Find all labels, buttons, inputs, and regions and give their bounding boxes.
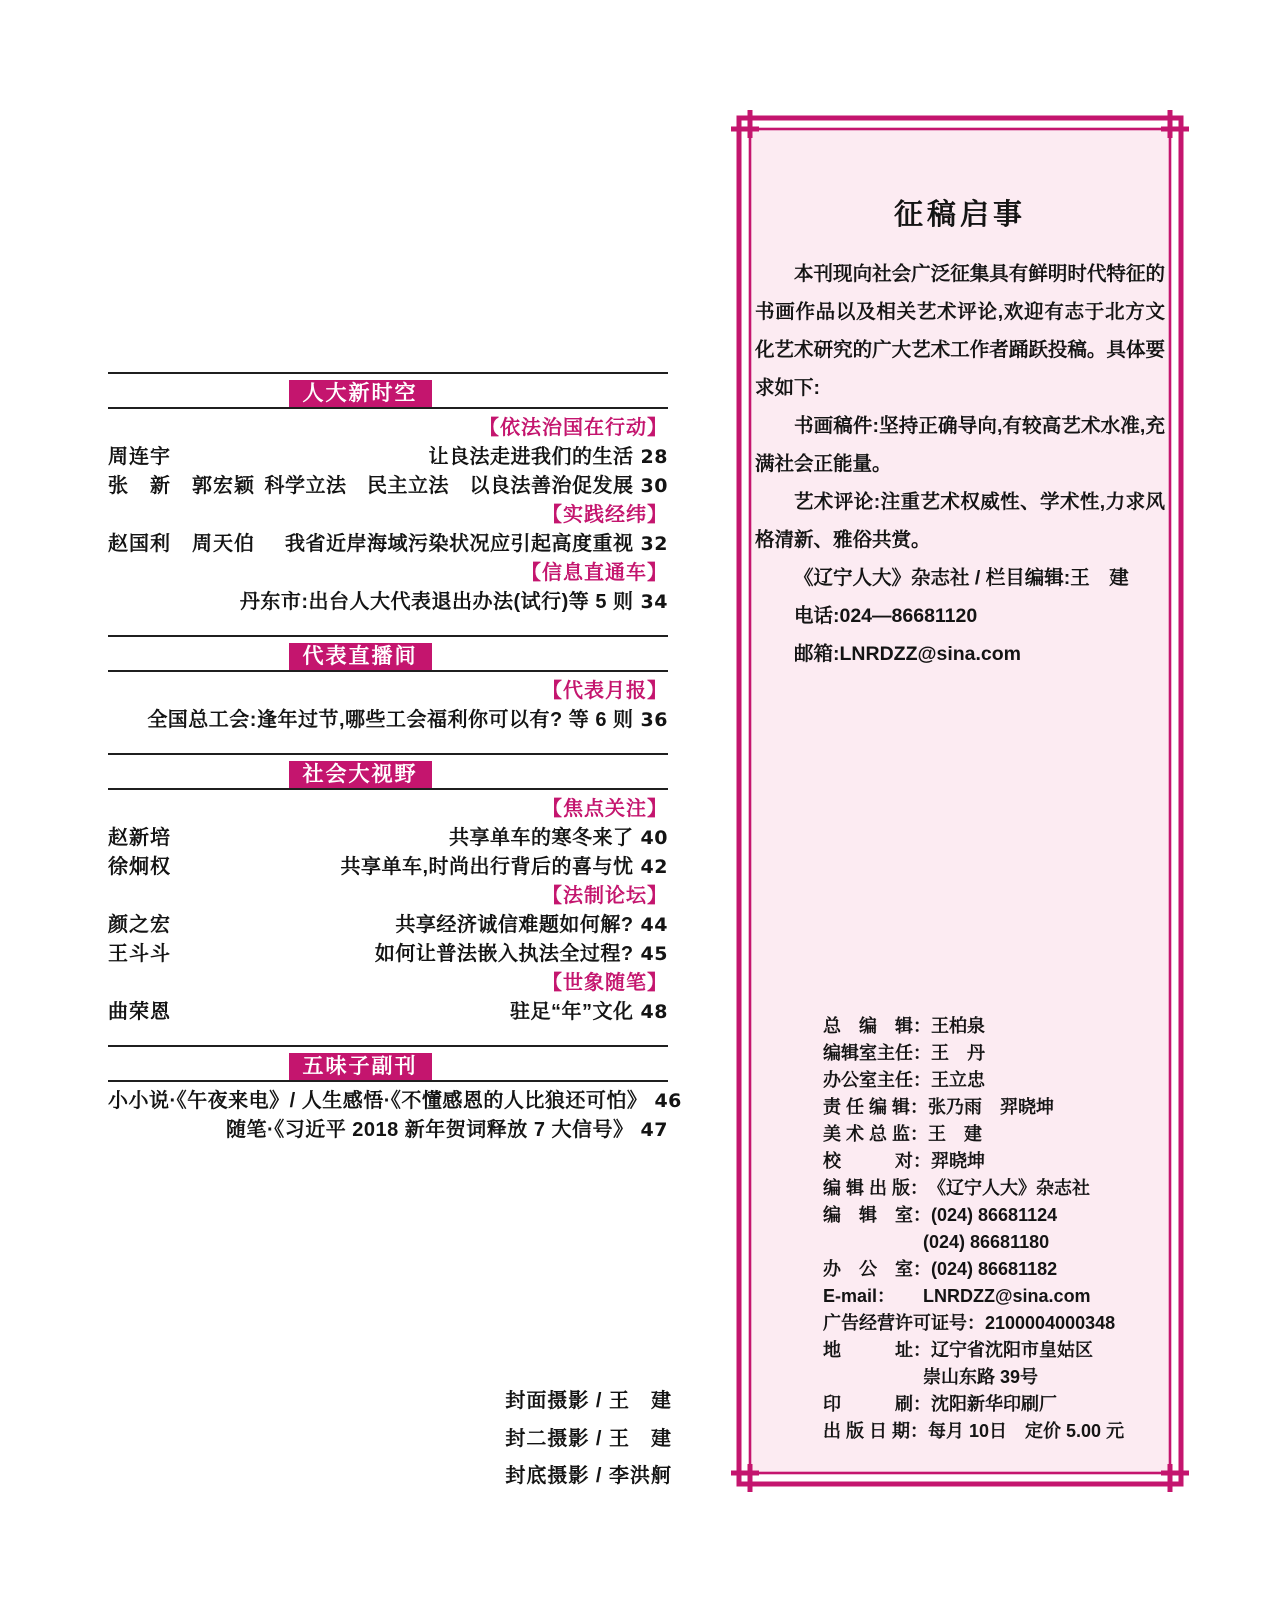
toc-item-author: 赵新培 — [108, 824, 171, 853]
toc-item-page-number: 45 — [641, 940, 668, 969]
toc-item: 颜之宏 共享经济诚信难题如何解? 44 — [108, 911, 668, 940]
notice-paragraph: 书画稿件:坚持正确导向,有较高艺术水准,充满社会正能量。 — [755, 407, 1165, 483]
colophon-row: 办 公 室：(024) 86681182 — [823, 1256, 1169, 1283]
colophon-label: 总 编 辑： — [823, 1013, 931, 1040]
colophon-label: 编 辑 室： — [823, 1202, 931, 1229]
colophon-value: 辽宁省沈阳市皇姑区 — [931, 1337, 1093, 1364]
toc-item-page-number: 47 — [641, 1116, 668, 1145]
colophon-label: 出 版 日 期： — [823, 1418, 928, 1445]
toc-item-title: 驻足“年”文化 — [510, 998, 634, 1027]
toc-item-title: 让良法走进我们的生活 — [429, 443, 634, 472]
toc-item: 周连宇 让良法走进我们的生活 28 — [108, 443, 668, 472]
colophon-value: (024) 86681180 — [923, 1229, 1049, 1256]
toc-item-author: 张 新 郭宏颖 — [108, 472, 255, 501]
colophon-row: 印 刷：沈阳新华印刷厂 — [823, 1391, 1169, 1418]
colophon-value: 张乃雨 羿晓坤 — [928, 1094, 1054, 1121]
section-header: 代表直播间 — [108, 635, 668, 672]
section-header: 社会大视野 — [108, 753, 668, 790]
colophon-row: 责 任 编 辑：张乃雨 羿晓坤 — [823, 1094, 1169, 1121]
section-title-bar: 代表直播间 — [289, 643, 432, 670]
section-body: 小小说·《午夜来电》/ 人生感悟·《不懂感恩的人比狼还可怕》 46 随笔·《习近… — [108, 1082, 668, 1145]
photo-credits: 封面摄影 / 王 建 封二摄影 / 王 建 封底摄影 / 李洪舸 — [108, 1383, 672, 1496]
colophon-label: 办公室主任： — [823, 1067, 931, 1094]
email-line: 邮箱:LNRDZZ@sina.com — [794, 635, 1165, 673]
colophon-label: 编辑室主任： — [823, 1040, 931, 1067]
magazine-contents-page: 人大新时空 【依法治国在行动】 周连宇 让良法走进我们的生活 28 张 新 郭宏… — [0, 0, 1263, 1600]
toc-item: 赵新培 共享单车的寒冬来了 40 — [108, 824, 668, 853]
colophon-row: 广告经营许可证号：2100004000348 — [823, 1310, 1169, 1337]
toc-item-page-number: 44 — [641, 911, 668, 940]
colophon-row: 编辑室主任：王 丹 — [823, 1040, 1169, 1067]
toc-item-page-number: 48 — [641, 998, 668, 1027]
toc-item: 张 新 郭宏颖 科学立法 民主立法 以良法善治促发展 30 — [108, 472, 668, 501]
toc-item-title: 科学立法 民主立法 以良法善治促发展 — [265, 472, 634, 501]
colophon-label: 责 任 编 辑： — [823, 1094, 928, 1121]
toc-category: 【焦点关注】 — [108, 795, 668, 824]
toc-item-author: 徐炯权 — [108, 853, 171, 882]
colophon-row: 出 版 日 期：每月 10日 定价 5.00 元 — [823, 1418, 1169, 1445]
toc-category: 【依法治国在行动】 — [108, 414, 668, 443]
toc-item-page-number: 32 — [641, 530, 668, 559]
phone-line: 电话:024—86681120 — [794, 597, 1165, 635]
toc-item-author: 周连宇 — [108, 443, 171, 472]
colophon-row: (024) 86681180 — [823, 1229, 1169, 1256]
section-title-bar: 人大新时空 — [289, 380, 432, 407]
colophon-label: 美 术 总 监： — [823, 1121, 928, 1148]
table-of-contents: 人大新时空 【依法治国在行动】 周连宇 让良法走进我们的生活 28 张 新 郭宏… — [108, 372, 668, 1163]
colophon-value: 每月 10日 定价 5.00 元 — [928, 1418, 1124, 1445]
colophon-row: 崇山东路 39号 — [823, 1364, 1169, 1391]
colophon-label: 广告经营许可证号： — [823, 1310, 985, 1337]
toc-category: 【法制论坛】 — [108, 882, 668, 911]
notice-title: 征稿启事 — [755, 192, 1165, 233]
toc-section-daibiaozhiboyjian: 代表直播间 【代表月报】 全国总工会:逢年过节,哪些工会福利你可以有? 等 6 … — [108, 635, 668, 735]
colophon-value: (024) 86681124 — [931, 1202, 1057, 1229]
colophon-value: 《辽宁人大》杂志社 — [928, 1175, 1090, 1202]
toc-item-title: 共享经济诚信难题如何解? — [395, 911, 633, 940]
toc-item-page-number: 30 — [641, 472, 668, 501]
colophon-value: 王 建 — [928, 1121, 982, 1148]
toc-item-page-number: 34 — [641, 588, 668, 617]
toc-item-author: 曲荣恩 — [108, 998, 171, 1027]
toc-item-page-number: 46 — [654, 1087, 681, 1116]
inside-cover-photo-credit: 封二摄影 / 王 建 — [108, 1421, 672, 1459]
toc-item-author: 王斗斗 — [108, 940, 171, 969]
colophon-value: 崇山东路 39号 — [923, 1364, 1038, 1391]
colophon-row: 编 辑 室：(024) 86681124 — [823, 1202, 1169, 1229]
colophon-value: 王 丹 — [931, 1040, 985, 1067]
toc-item: 随笔·《习近平 2018 新年贺词释放 7 大信号》 47 — [108, 1116, 668, 1145]
toc-item-title: 我省近岸海域污染状况应引起高度重视 — [285, 530, 634, 559]
colophon-row: 地 址：辽宁省沈阳市皇姑区 — [823, 1337, 1169, 1364]
colophon-value: (024) 86681182 — [931, 1256, 1057, 1283]
colophon-row: 美 术 总 监：王 建 — [823, 1121, 1169, 1148]
notice-paragraph: 艺术评论:注重艺术权威性、学术性,力求风格清新、雅俗共赏。 — [755, 483, 1165, 559]
toc-category: 【信息直通车】 — [108, 559, 668, 588]
colophon-value: LNRDZZ@sina.com — [923, 1283, 1091, 1310]
toc-section-rendashixinkong: 人大新时空 【依法治国在行动】 周连宇 让良法走进我们的生活 28 张 新 郭宏… — [108, 372, 668, 617]
toc-item-page-number: 36 — [641, 706, 668, 735]
toc-item-title: 共享单车,时尚出行背后的喜与忧 — [340, 853, 633, 882]
colophon-row: E-mail：LNRDZZ@sina.com — [823, 1283, 1169, 1310]
colophon-value: 沈阳新华印刷厂 — [931, 1391, 1057, 1418]
notice-contact-lines: 《辽宁人大》杂志社 / 栏目编辑:王 建 电话:024—86681120 邮箱:… — [794, 559, 1165, 673]
editor-line: 《辽宁人大》杂志社 / 栏目编辑:王 建 — [794, 559, 1165, 597]
section-header: 五味子副刊 — [108, 1045, 668, 1082]
toc-item-page-number: 28 — [641, 443, 668, 472]
toc-category: 【代表月报】 — [108, 677, 668, 706]
section-header: 人大新时空 — [108, 372, 668, 409]
section-title-bar: 社会大视野 — [289, 761, 432, 788]
cover-photo-credit: 封面摄影 / 王 建 — [108, 1383, 672, 1421]
colophon-label: 编 辑 出 版： — [823, 1175, 928, 1202]
toc-item-page-number: 42 — [641, 853, 668, 882]
toc-item: 小小说·《午夜来电》/ 人生感悟·《不懂感恩的人比狼还可怕》 46 — [108, 1087, 668, 1116]
notice-content: 征稿启事 本刊现向社会广泛征集具有鲜明时代特征的书画作品以及相关艺术评论,欢迎有… — [755, 108, 1165, 673]
notice-panel: 征稿启事 本刊现向社会广泛征集具有鲜明时代特征的书画作品以及相关艺术评论,欢迎有… — [729, 108, 1191, 1494]
notice-body: 本刊现向社会广泛征集具有鲜明时代特征的书画作品以及相关艺术评论,欢迎有志于北方文… — [755, 255, 1165, 559]
colophon-label: 校 对： — [823, 1148, 931, 1175]
section-title-bar: 五味子副刊 — [289, 1053, 432, 1080]
toc-item: 赵国利 周天伯 我省近岸海域污染状况应引起高度重视 32 — [108, 530, 668, 559]
toc-category: 【世象随笔】 — [108, 969, 668, 998]
toc-item-title: 共享单车的寒冬来了 — [449, 824, 634, 853]
back-cover-photo-credit: 封底摄影 / 李洪舸 — [108, 1458, 672, 1496]
section-body: 【焦点关注】 赵新培 共享单车的寒冬来了 40 徐炯权 共享单车,时尚出行背后的… — [108, 790, 668, 1027]
toc-section-shehuidashiye: 社会大视野 【焦点关注】 赵新培 共享单车的寒冬来了 40 徐炯权 共享单车,时… — [108, 753, 668, 1027]
colophon-value: 王柏泉 — [931, 1013, 985, 1040]
colophon-label: 办 公 室： — [823, 1256, 931, 1283]
colophon-label: 印 刷： — [823, 1391, 931, 1418]
colophon-label: 地 址： — [823, 1337, 931, 1364]
toc-item-page-number: 40 — [641, 824, 668, 853]
colophon-row: 总 编 辑：王柏泉 — [823, 1013, 1169, 1040]
colophon-label: E-mail： — [823, 1283, 923, 1310]
toc-item: 全国总工会:逢年过节,哪些工会福利你可以有? 等 6 则 36 — [108, 706, 668, 735]
toc-item: 徐炯权 共享单车,时尚出行背后的喜与忧 42 — [108, 853, 668, 882]
colophon-value: 羿晓坤 — [931, 1148, 985, 1175]
toc-item: 王斗斗 如何让普法嵌入执法全过程? 45 — [108, 940, 668, 969]
section-body: 【代表月报】 全国总工会:逢年过节,哪些工会福利你可以有? 等 6 则 36 — [108, 672, 668, 735]
toc-section-wuweizifukan: 五味子副刊 小小说·《午夜来电》/ 人生感悟·《不懂感恩的人比狼还可怕》 46 … — [108, 1045, 668, 1145]
toc-item: 丹东市:出台人大代表退出办法(试行)等 5 则 34 — [108, 588, 668, 617]
notice-paragraph: 本刊现向社会广泛征集具有鲜明时代特征的书画作品以及相关艺术评论,欢迎有志于北方文… — [755, 255, 1165, 407]
colophon-row: 校 对：羿晓坤 — [823, 1148, 1169, 1175]
toc-item-author: 颜之宏 — [108, 911, 171, 940]
colophon-row: 办公室主任：王立忠 — [823, 1067, 1169, 1094]
toc-item-title: 小小说·《午夜来电》/ 人生感悟·《不懂感恩的人比狼还可怕》 — [108, 1087, 647, 1116]
toc-item-title: 随笔·《习近平 2018 新年贺词释放 7 大信号》 — [226, 1116, 634, 1145]
toc-item-author: 赵国利 周天伯 — [108, 530, 255, 559]
colophon: 总 编 辑：王柏泉 编辑室主任：王 丹 办公室主任：王立忠 责 任 编 辑：张乃… — [823, 1013, 1169, 1445]
toc-item-title: 如何让普法嵌入执法全过程? — [375, 940, 634, 969]
toc-item-title: 丹东市:出台人大代表退出办法(试行)等 5 则 — [240, 588, 634, 617]
toc-category: 【实践经纬】 — [108, 501, 668, 530]
toc-item: 曲荣恩 驻足“年”文化 48 — [108, 998, 668, 1027]
colophon-value: 2100004000348 — [985, 1310, 1115, 1337]
section-body: 【依法治国在行动】 周连宇 让良法走进我们的生活 28 张 新 郭宏颖 科学立法… — [108, 409, 668, 617]
toc-item-title: 全国总工会:逢年过节,哪些工会福利你可以有? 等 6 则 — [147, 706, 633, 735]
colophon-row: 编 辑 出 版：《辽宁人大》杂志社 — [823, 1175, 1169, 1202]
colophon-value: 王立忠 — [931, 1067, 985, 1094]
